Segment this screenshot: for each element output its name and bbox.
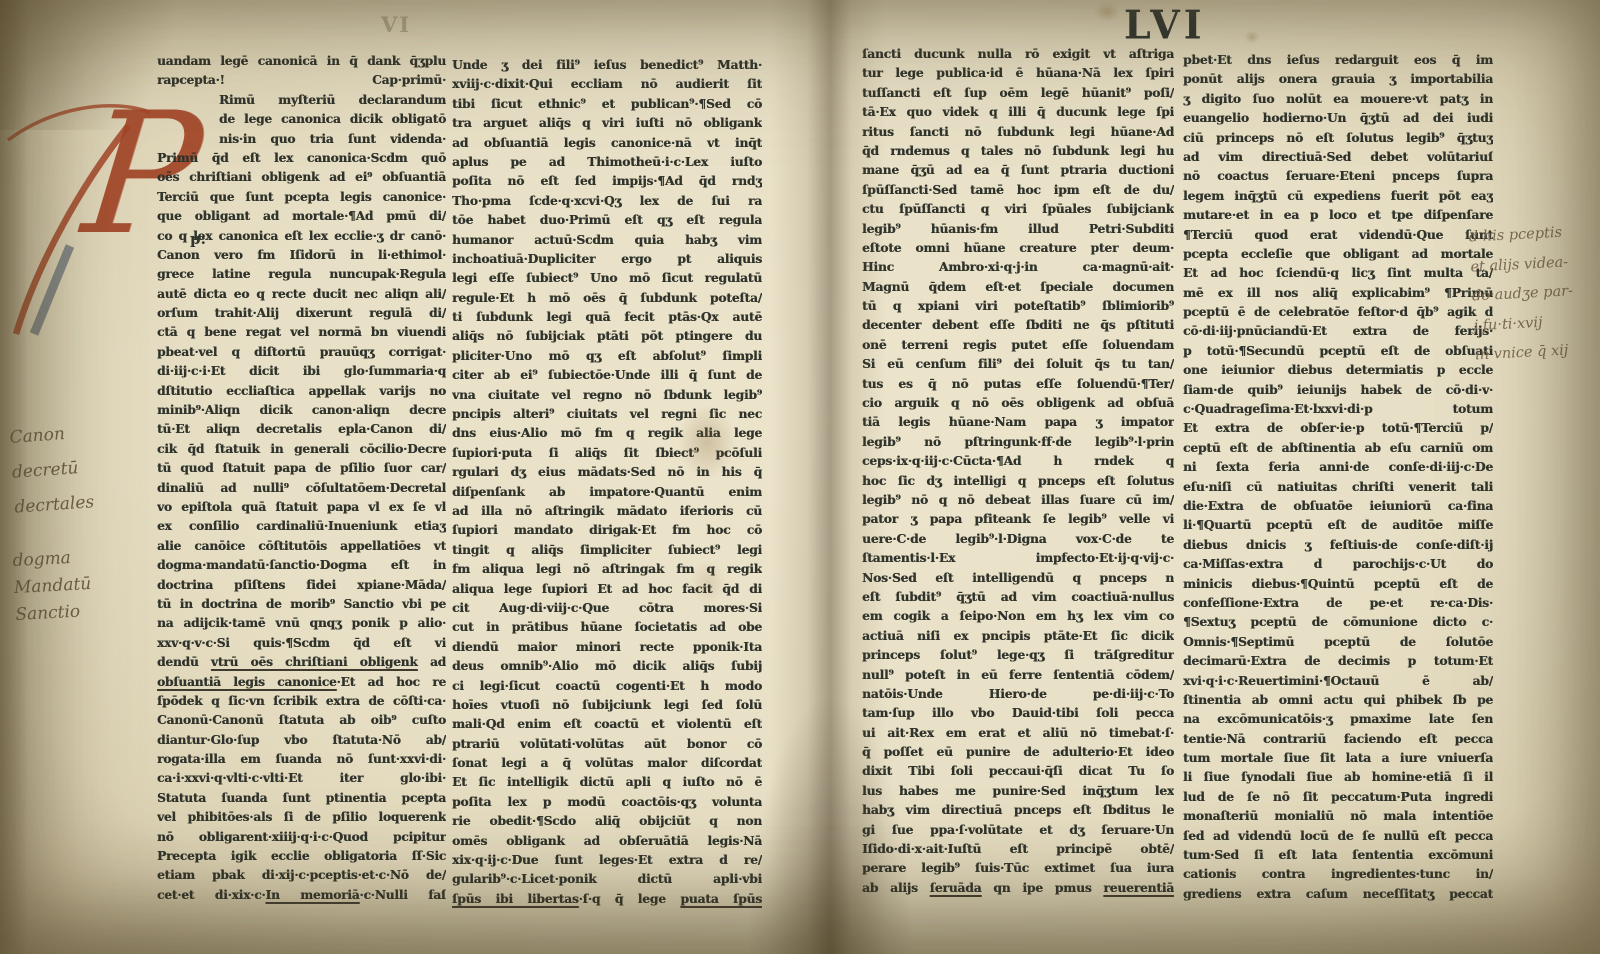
- text-line: Et ad hoc ſciendū·q licʒ ſint multa ta/: [1183, 263, 1493, 282]
- text-line: one ieiunior diebus determiatis p eccle: [1183, 360, 1493, 379]
- text-line: Canon vero fm Iſidorū in li·ethimol·: [157, 246, 446, 265]
- text-line: pcepta eccleſie que obligant ad mortale: [1183, 244, 1493, 263]
- text-line: xxv·q·v·c·Si quis·¶Scdm q̄d eſt vi: [157, 634, 446, 653]
- text-line: Rimū myſteriū declarandum: [157, 91, 446, 110]
- text-line: cio arguik q nō oēs obligenk ad obſuā: [862, 393, 1174, 412]
- text-line: oēs chriſtiani obligenk ad ei⁹ obſuantiā: [157, 168, 446, 187]
- text-line: ui ait·Rex em erat et aliū nō timebat·ſ·: [862, 723, 1174, 742]
- text-line: dinaliū ad nulli⁹ cōſultatōem·Decretal: [157, 479, 446, 498]
- text-line: pbeat·vel q diſtortū prauūqʒ corrigat·: [157, 343, 446, 362]
- text-line: in vnice q̄ xij: [1474, 334, 1600, 370]
- text-line: cut in prātibus hūane ſocietatis ad obe: [452, 617, 762, 636]
- text-line: diendū maior minori recte pponik·Ita: [452, 637, 762, 656]
- text-line: pbet·Et dns ieſus redarguit eos q̄ im: [1183, 50, 1493, 69]
- text-line: mane q̄ʒū ad ea q̄ ſunt ptraria ductioni: [862, 160, 1174, 179]
- text-line: hoīes vtuoſi nō ſubijciunk legi ſed ſolū: [452, 695, 762, 714]
- text-line: tur lege publica·id ē hūana·Nā lex ſpiri: [862, 63, 1174, 82]
- text-line: fm aliqua legi nō aſtringak fm q regik: [452, 559, 762, 578]
- text-line: minicis diebus·¶Quintū pceptū eſt de: [1183, 574, 1493, 593]
- text-line: xvi·q·i·c·Reuertimini·¶Octauū ē ab/: [1183, 671, 1493, 690]
- text-line: lud de ſe nō ſit peccatum·Puta ingredi: [1183, 787, 1493, 806]
- text-line: li ſiue ſynodali ſiue ab homine·etiā ſi …: [1183, 767, 1493, 786]
- text-line: Sanctio: [15, 598, 94, 629]
- text-line: Omnis·¶Septimū pceptū de ſolutōe: [1183, 632, 1493, 651]
- text-line: tum·Sed ſi eſt lata ſententia excōmuni: [1183, 845, 1493, 864]
- text-line: Canonū·Canonū ſtatuta ab oib⁹ cuſto: [157, 711, 446, 730]
- text-line: die·Extra de obſuatōe ieiuniorū ca·fina: [1183, 496, 1493, 515]
- text-line: tra arguet aliq̄s q viri iuſti nō obliga…: [452, 113, 762, 132]
- text-line: ceptū eſt de abſtinentia ab eſu carniū o…: [1183, 438, 1493, 457]
- text-line: grediens extra caſum neceſſitatʒ peccat: [1183, 884, 1493, 903]
- text-line: tū in doctrina de morib⁹ Sanctio vbi pe: [157, 595, 446, 614]
- text-line: inchoatiuā·Dupliciter ergo pt aliquis: [452, 249, 762, 268]
- text-line: ad illa nō aſtringik mādato iferioris cū: [452, 501, 762, 520]
- text-line: cik q̄d ſtatuik in generali cōcilio·Decr…: [157, 440, 446, 459]
- text-line: tū·Et aliqn decretalis epla·Canon di/: [157, 420, 446, 439]
- text-line: ab alijs ſeruāda qn ipe pmus reuerentiā: [862, 878, 1174, 897]
- text-line: tentie·Nā contrariū faciendo eſt pecca: [1183, 729, 1493, 748]
- text-line: deus omnib⁹·Alio mō dicik aliq̄s ſubij: [452, 656, 762, 675]
- text-line: dendū vtrū oēs chriſtiani obligenk ad: [157, 653, 446, 672]
- text-line: legib⁹ hūanis·fm illud Petri·Subditi: [862, 219, 1174, 238]
- text-line: ad vim directiuā·Sed debet volūtariuſ: [1183, 147, 1493, 166]
- text-line: ſpūſſancti·Sed tamē hoc ipm eſt de du/: [862, 180, 1174, 199]
- text-line: pceptū ē de celebratōe feſtor·d q̄b⁹ agi…: [1183, 302, 1493, 321]
- text-line: vel phibitōes·als ſi de pſilio loquerenk: [157, 808, 446, 827]
- text-column-2: Unde ʒ dei fili⁹ ieſus benedict⁹ Matth·x…: [452, 55, 762, 908]
- text-line: co q lex canonica eſt lex ecclie·ʒ dr ca…: [157, 227, 446, 246]
- text-line: nis·in quo tria ſunt videnda·: [157, 130, 446, 149]
- text-line: p totū·¶Secundū pceptū eſt de obſuati: [1183, 341, 1493, 360]
- text-line: mali·Qd enim eſt coactū et violentū eſt: [452, 714, 762, 733]
- text-line: etiam pbak di·xij·c·pceptis·et·c·Nō de/: [157, 866, 446, 885]
- text-line: poſita lex p modū coactōis·qʒ volunta: [452, 792, 762, 811]
- text-line: Primū q̄d eſt lex canonica·Scdm quō: [157, 149, 446, 168]
- text-line: pliciter·Uno mō qʒ eſt abſolut⁹ ſimpli: [452, 346, 762, 365]
- text-line: ritus ſancti nō ſubdunk legi hūane·Ad: [862, 122, 1174, 141]
- text-line: ponūt alijs onera grauia ʒ importabilia: [1183, 69, 1493, 88]
- text-line: eſt ſubdit⁹ q̄ʒtū ad vim coactiuā·nullus: [862, 587, 1174, 606]
- text-line: ctu ſpūſſancti q viri ſpūales ſubijciank: [862, 199, 1174, 218]
- text-line: vo epiſtola quā ſtatuit papa vl ex ſe vl: [157, 498, 446, 517]
- text-line: onē terreni regis putet eſſe ſoluendam: [862, 335, 1174, 354]
- text-line: regule·Et h mō oēs q̄ ſubdunk poteſta/: [452, 288, 762, 307]
- text-line: decenter debent eſſe ſbditi ne q̄s pſtit…: [862, 315, 1174, 334]
- text-line: de lege canonica dicik obligatō: [157, 110, 446, 129]
- text-line: Terciū que ſunt pcepta legis canonice·: [157, 188, 446, 207]
- text-line: Hinc Ambro·xi·q·j·in ca·magnū·ait·: [862, 257, 1174, 276]
- text-line: habʒ vim directiuā pnceps eſt ſbditus le: [862, 800, 1174, 819]
- paper-stain: [1244, 30, 1260, 44]
- text-line: legem inq̄ʒtū cū expediens fuerit pōt ea…: [1183, 186, 1493, 205]
- text-line: Et extra de obſer·ie·p totū·¶Terciū p/: [1183, 418, 1493, 437]
- text-line: xix·q·ij·c·Due ſunt leges·Et extra d re/: [452, 850, 762, 869]
- text-line: ci legi·ſicut coactū cogenti·Et h modo: [452, 676, 762, 695]
- text-line: rgulari dʒ eius mādats·Sed nō in his q̄: [452, 462, 762, 481]
- text-line: ſonat legi a q̄ volūtas malor diſcordat: [452, 753, 762, 772]
- text-line: ſtamentis·l·Ex impfecto·Et·ij·q·vij·c·: [862, 548, 1174, 567]
- text-line: tiā legis hūane·Nam papa ʒ impator: [862, 412, 1174, 431]
- folio-number: LVI: [1124, 1, 1205, 48]
- text-line: tā·Ex quo videk q illi q̄ ducunk lege ſp…: [862, 102, 1174, 121]
- text-line: Si eū cenſum fili⁹ dei ſoluit q̄s tu tan…: [862, 354, 1174, 373]
- text-line: tum mortale ſiue ſit lata a iure vniuerſ…: [1183, 748, 1493, 767]
- marginal-note-right: d his pceptiset alijs videa-do·audʒe par…: [1468, 217, 1600, 371]
- text-line: monaſteriū monialiū nō mala intentiōe: [1183, 806, 1493, 825]
- text-line: q̄d rndemus q tales nō ſubdunk legi hu: [862, 141, 1174, 160]
- text-line: ¶Sextuʒ pceptū de cōmunione dicto c·: [1183, 612, 1493, 631]
- text-line: diantur·Glo·ſup vbo ſtatuta·Nō ab/: [157, 731, 446, 750]
- text-line: humanor actuū·Scdm quia habʒ vim: [452, 230, 762, 249]
- text-line: ctā q bene regat vel normā bn viuendi: [157, 323, 446, 342]
- text-line: alie canōice cōſtitutōis appellatiōes vt: [157, 537, 446, 556]
- text-line: ca·Miſſas·extra d parochijs·c·Ut do: [1183, 554, 1493, 573]
- text-line: eſtote omni hūane creature pter deum·: [862, 238, 1174, 257]
- text-line: doctrina pſiſtens fidei xpiane·Māda/: [157, 576, 446, 595]
- text-line: Statuta ſuanda ſunt ptinentia pcepta: [157, 789, 446, 808]
- text-line: uandam legē canonicā in q̄ dank q̄ʒplu: [157, 52, 446, 71]
- text-line: autē dicta eo q recte ducit nec aliqn al…: [157, 285, 446, 304]
- text-line: princeps ſolut⁹ lege·qʒ ſi trāſgreditur: [862, 645, 1174, 664]
- text-line: ſancti ducunk nulla rō exigit vt aſtriga: [862, 44, 1174, 63]
- text-line: ex conſilio cardinaliū·Inueniunk etiaʒ: [157, 517, 446, 536]
- text-line: dogma·mandatū·ſanctio·Dogma eſt in: [157, 556, 446, 575]
- text-line: ti ſubdunk legi quā fecit ptās·Qx autē: [452, 307, 762, 326]
- text-line: mutare·et in ea p loco et tpe diſpenſare: [1183, 205, 1493, 224]
- text-line: ciū princeps nō eſt ſolutus legib⁹ q̄ʒtu…: [1183, 128, 1493, 147]
- text-line: Tho·pma ſcde·q·xcvi·Qʒ lex de ſui ra: [452, 191, 762, 210]
- text-line: tingit q aliq̄s ſimpliciter ſubiect⁹ leg…: [452, 540, 762, 559]
- text-line: tū quod ſtatuit papa de pſilio ſuor car/: [157, 459, 446, 478]
- text-line: tuſſancti eſt ſup oēm legē hūanit⁹ poſi/: [862, 83, 1174, 102]
- text-line: rogata·illa em ſuanda nō ſunt·xxvi·di·: [157, 750, 446, 769]
- text-line: em cogik a ſeipo·Non em hʒ lex vim co: [862, 606, 1174, 625]
- text-line: ſiam·de quib⁹ ieiunijs habek de cō·di·v·: [1183, 380, 1493, 399]
- text-line: perare legib⁹ ſuis·Tūc extimet ſua iura: [862, 858, 1174, 877]
- text-line: natōis·Unde Hiero·de pe·di·iij·c·To: [862, 684, 1174, 703]
- text-line: gularib⁹·c·Licet·ponik dictū apli·vbi: [452, 869, 762, 888]
- text-line: na excōmunicatōis·ʒ pmaxime late ſen: [1183, 709, 1493, 728]
- text-line: nō obligarent·xiiij·q·i·c·Quod pcipitur: [157, 828, 446, 847]
- text-line: nō coactus ſeruare·Eteni pnceps ſupra: [1183, 166, 1493, 185]
- text-line: ptrariū volūtati·volūtas aūt bonor cō: [452, 734, 762, 753]
- text-line: aliq̄s nō ſubijciak ptāti pōt ptingere d…: [452, 326, 762, 345]
- text-line: ſupiori mandato dirigak·Et fm hoc cō: [452, 520, 762, 539]
- text-line: euangelio hodierno·Un q̄ʒtū ad dei iudi: [1183, 108, 1493, 127]
- text-line: Mandatū: [13, 571, 92, 602]
- text-line: omēs obligank ad obſeruātiā legis·Nā: [452, 831, 762, 850]
- text-line: rie obedit·¶Scdo aliq̄ obijciūt q non: [452, 811, 762, 830]
- text-line: dogma: [12, 544, 91, 575]
- text-line: xviij·c·dixit·Qui eccliam nō audierit ſi…: [452, 74, 762, 93]
- text-line: lus habes me punire·Sed inq̄ʒtum lex: [862, 781, 1174, 800]
- text-line: aliqua lege ſupiori Et ad hoc facit q̄d …: [452, 579, 762, 598]
- text-line: pncipis alteri⁹ ciuitats vel regni ſic n…: [452, 404, 762, 423]
- faint-quire-mark: VI: [381, 12, 411, 37]
- text-line: Magnū q̄dem eſt·et ſpeciale documen: [862, 277, 1174, 296]
- text-line: ſpōdek q ſic·vn ſcribik extra de cōſti·c…: [157, 692, 446, 711]
- text-line: tōe habet duo·Primū eſt qʒ eſt regula: [452, 210, 762, 229]
- text-line: aplus pe ad Thimotheū·i·c·Lex iuſto: [452, 152, 762, 171]
- text-line: decretū: [11, 450, 93, 490]
- text-line: ſed ad videndū locū de ſe nullū eſt pecc…: [1183, 826, 1493, 845]
- text-line: null⁹ poteſt in eū ferre ſententiā cōdem…: [862, 665, 1174, 684]
- text-line: ſtinentia ab omni actu qui phibek ſb pe: [1183, 690, 1493, 709]
- text-line: diſpenſank ab impatore·Quantū enim: [452, 482, 762, 501]
- text-line: ʒ digito ſuo nolūt ea mouere·vt patʒ in: [1183, 89, 1493, 108]
- text-line: tū q xpiani viri poteſtatib⁹ ſblimiorib⁹: [862, 296, 1174, 315]
- text-line: tam·ſup illo vbo Dauid·tibi ſoli pecca: [862, 703, 1174, 722]
- text-line: rapcepta·!Cap·primū·: [157, 71, 446, 90]
- text-line: decrtales: [13, 485, 95, 525]
- text-line: Unde ʒ dei fili⁹ ieſus benedict⁹ Matth·: [452, 55, 762, 74]
- text-line: ceps·ix·q·iij·c·Cūcta·¶Ad h rndek q: [862, 451, 1174, 470]
- text-column-1: uandam legē canonicā in q̄ dank q̄ʒplura…: [157, 52, 446, 905]
- text-line: di·iij·c·i·Et dicit ibi glo·ſummaria·q: [157, 362, 446, 381]
- text-line: li·¶Quartū pceptū eſt de auditōe miſſe: [1183, 515, 1493, 534]
- text-line: legib⁹ nō q nō debeat illas ſuare cū im/: [862, 490, 1174, 509]
- text-line: cō·di·iij·pnūciandū·Et extra de ferijs·: [1183, 321, 1493, 340]
- text-line: Iſido·di·x·ait·Iuſtū eſt principē obtē/: [862, 839, 1174, 858]
- text-line: Et ſic intelligik dictū apli q iuſto nō …: [452, 772, 762, 791]
- text-line: citer ab ei⁹ ſubiectōe·Unde illi q̄ ſunt…: [452, 365, 762, 384]
- text-line: Nos·Sed eſt intelligendū q pnceps n: [862, 568, 1174, 587]
- text-line: hoc ſic dʒ intelligi q pnceps eſt ſolutu…: [862, 471, 1174, 490]
- text-line: dns eius·Alio mō fm q regik alia lege: [452, 423, 762, 442]
- text-line: gi ſue ppa·ſ·volūtate et dʒ ſeruare·Un: [862, 820, 1174, 839]
- text-line: que obligant ad mortale·¶Ad pmū di/: [157, 207, 446, 226]
- text-line: ¶Terciū quod erat videndū·Que ſunt: [1183, 225, 1493, 244]
- marginal-note-left-lower: dogmaMandatūSanctio: [12, 544, 93, 629]
- text-line: Precepta igik ecclie obligatoria ſſ·Sic: [157, 847, 446, 866]
- text-line: na adijcik·tamē vnū qnqʒ ponik p alio·: [157, 614, 446, 633]
- text-line: legib⁹ nō pſtringunk·ff·de legib⁹·l·prin: [862, 432, 1174, 451]
- text-line: pator ʒ papa pfiteank ſe legib⁹ velle vi: [862, 509, 1174, 528]
- text-line: tibi ſicut ethnic⁹ et publican⁹·¶Sed cō: [452, 94, 762, 113]
- text-line: grece latine regula nuncupak·Regula: [157, 265, 446, 284]
- text-line: ni ſexta feria anni·de conſe·di·iij·c·De: [1183, 457, 1493, 476]
- text-line: vna ciuitate vel regno nō ſbdunk legib⁹: [452, 385, 762, 404]
- text-line: poſita nō eſt ſed impijs·¶Ad q̄d rndʒ: [452, 171, 762, 190]
- text-line: obſuantiā legis canonice·Et ad hoc re: [157, 673, 446, 692]
- text-line: legi eſſe ſubiect⁹ Uno mō ſicut regulatū: [452, 268, 762, 287]
- text-line: q̄ poſſet eū punire de adulterio·Et ideo: [862, 742, 1174, 761]
- text-line: Canon: [8, 415, 90, 455]
- text-line: orſum trahit·Alij dixerunt regulā di/: [157, 304, 446, 323]
- text-line: ad obſuantiā legis canonice·nā vt inq̄t: [452, 133, 762, 152]
- text-line: dſtitutio eccliaſtica appellak varijs no: [157, 382, 446, 401]
- text-line: actiuā niſi ex pncipis ptāte·Et ſic dici…: [862, 626, 1174, 645]
- text-line: cationis contra ingredientes·tunc in/: [1183, 864, 1493, 883]
- text-line: cit Aug·di·viij·c·Que cōtra mores·Si: [452, 598, 762, 617]
- text-column-3: ſancti ducunk nulla rō exigit vt aſtriga…: [862, 44, 1174, 897]
- text-line: eſu·niſi cū natiuitas chriſti venerit ta…: [1183, 477, 1493, 496]
- text-line: mē ex ill nos aliq̄ explicabim⁹ ¶Primū: [1183, 283, 1493, 302]
- text-column-4: pbet·Et dns ieſus redarguit eos q̄ impon…: [1183, 50, 1493, 903]
- text-line: confeſſione·Extra de pe·et re·ca·Dis·: [1183, 593, 1493, 612]
- text-line: tus es q̄ nō putas eſſe ſoluendū·¶Ter/: [862, 374, 1174, 393]
- text-line: decimarū·Extra de decimis p totum·Et: [1183, 651, 1493, 670]
- text-line: c·Quadrageſima·Et·lxxvi·di·p totum: [1183, 399, 1493, 418]
- text-line: diebus dnicis ʒ feſtiuis·de conſe·diſt·i…: [1183, 535, 1493, 554]
- text-line: minib⁹·Aliqn dicik canon·aliqn decre: [157, 401, 446, 420]
- text-line: ſpūs ibi libertas·ſ·q q̄ lege puata ſpūs: [452, 889, 762, 908]
- text-line: ca·i·xxvi·q·vlti·c·vlti·Et iter glo·ibi·: [157, 769, 446, 788]
- text-line: cet·et di·xix·c·In memoriā·c·Nulli faſ: [157, 886, 446, 905]
- marginal-note-left-upper: Canondecretūdecrtales: [8, 415, 95, 525]
- book-spread-photo: VI LVI P p: uandam legē canonicā in q̄ d…: [0, 0, 1600, 954]
- text-line: dixit Tibi ſoli peccaui·q̄ſi dicat Tu ſo: [862, 761, 1174, 780]
- text-line: uere·C·de legib⁹·l·Digna vox·C·de te: [862, 529, 1174, 548]
- paper-stain: [1094, 2, 1120, 22]
- text-line: ſupiori·puta ſi aliq̄s ſit ſbiect⁹ pcōſu…: [452, 443, 762, 462]
